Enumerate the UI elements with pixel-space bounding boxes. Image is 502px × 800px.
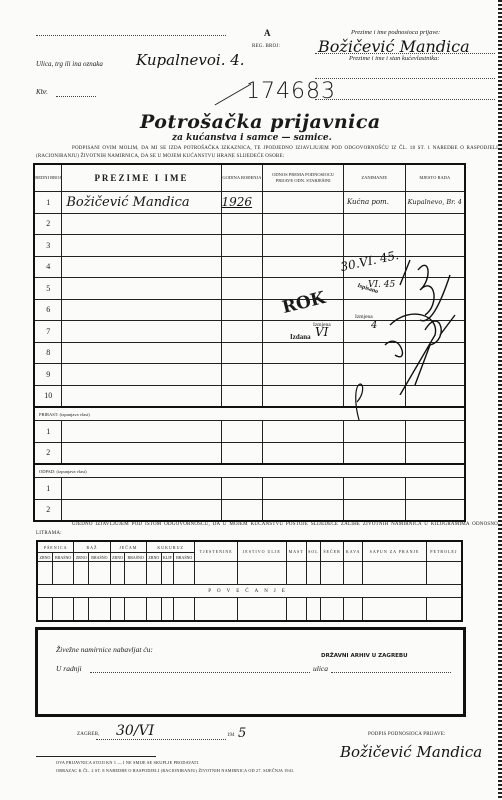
row-workplace [405,213,465,235]
shop-line [90,672,310,673]
stock-subheader: KLIP [161,553,173,562]
row-no: 6 [34,299,62,321]
footer-city: ZAGREB, [77,732,100,737]
table-row: 1 Božičević Mandica 1926 Kućna pom. Kupa… [34,192,465,214]
applicant-line [315,53,495,54]
stock-header-secer: ŠEĆER [321,541,344,562]
row-year [221,235,263,257]
col-header-workplace: MJESTO RADA [405,164,465,192]
row-relation [263,364,344,386]
box-street-line [331,672,451,673]
row-name [62,278,221,300]
increase-label: POVEĆANJE [37,585,462,598]
row-name [62,299,221,321]
row-workplace: Kupalnevo, Br. 4 [405,192,465,214]
row-year [221,278,263,300]
stock-header-mast: MAST [286,541,306,562]
footer-year: 5 [238,726,246,741]
stock-header-sapun: SAPUN ZA PRANJE [363,541,426,562]
row-occupation: Kućna pom. [343,192,405,214]
row-relation [263,213,344,235]
stamp-izdana: Izdana [290,333,311,341]
supply-box: Živežne namirnice nabavljat ću: DRŽAVNI … [35,627,466,717]
row-no: 2 [34,499,62,521]
loop-mark-icon [352,382,366,422]
footer-date: 30/VI [116,723,154,739]
form-subtitle: za kućanstva i samce — samice. [172,133,332,143]
row-year [221,385,263,407]
date-line [96,739,226,740]
row-relation [263,235,344,257]
col-header-year: GODINA ROĐENJA [221,164,263,192]
col-header-no: REDNI BROJ [34,164,62,192]
odpad-section: ODPAD: (izpunjava vlast) [34,464,465,478]
stock-header-petrolej: PETROLEJ [426,541,462,562]
col-header-relation: ODNOS PREMA PODNOSIOCU PRIJAVE ODN. STAR… [263,164,344,192]
shop-label: U radnji [56,664,82,673]
footer-note-2: OBRAZAC K ČL. 2 ST. 8 NAREDBE O RASPODJE… [56,768,295,773]
prirast-section: PRIRAST: (izpunjava vlast) [34,407,465,421]
owner-line [315,78,495,79]
stock-subheader: BRAŠNO [125,553,146,562]
handwritten-vi: VI [315,325,328,339]
stock-header-sol: SOL [306,541,320,562]
row-no: 10 [34,385,62,407]
stock-subheader: ZRNO [110,553,125,562]
handwritten-4: 4 [371,320,377,331]
signature-label: PODPIS PODNOSIOCA PRIJAVE: [368,732,446,737]
row-no: 1 [34,421,62,443]
intro-text: PODPISANI OVIM MOLIM, DA MI SE IZDA POTR… [36,145,498,161]
footer-note-1: OVA PRIJAVNICA STOJI KN 1 — I NE SMIJE S… [56,760,199,765]
street-value: Kupalnevoi. 4. [136,51,245,69]
col-header-occupation: ZANIMANJE [343,164,405,192]
stock-header-psenica: PŠENICA [37,541,74,553]
row-year [221,321,263,343]
stock-subheader: BRAŠNO [52,553,73,562]
odpad-label: ODPAD: (izpunjava vlast) [34,464,465,478]
page-edge [498,0,502,800]
row-no: 2 [34,213,62,235]
row-no: 9 [34,364,62,386]
row-occupation [343,213,405,235]
header-line-left [36,35,226,36]
owner-label: Prezime i ime i stan kućevlastnika: [349,55,440,62]
applicant-label: Prezime i ime podnosioca prijave: [351,29,440,36]
row-year: 1926 [221,192,263,214]
row-year [221,342,263,364]
stock-header-kukuruz: KUKURUZ [146,541,195,553]
row-year [221,213,263,235]
row-relation [263,385,344,407]
supply-label: Živežne namirnice nabavljat ću: [56,645,153,654]
row-no: 7 [34,321,62,343]
stock-text: UJEDNO IZJAVLJUJEM POD ISTOM ODGOVORNOŠĆ… [36,520,498,538]
reg-label: REG. BROJ: [252,44,280,49]
row-relation [263,342,344,364]
stock-subheader: ZRNO [37,553,52,562]
col-header-name: PREZIME I IME [62,164,221,192]
stock-header-kava: KAVA [344,541,363,562]
row-name [62,235,221,257]
row-name [62,385,221,407]
row-relation [263,256,344,278]
row-no: 1 [34,192,62,214]
archive-stamp: DRŽAVNI ARHIV U ZAGREBU [321,653,408,659]
row-name [62,342,221,364]
row-name [62,364,221,386]
signature-scribble-icon [380,245,470,395]
stock-increase-row [37,598,462,622]
row-no: 1 [34,478,62,500]
applicant-signature: Božičević Mandica [340,743,482,761]
row-name [62,213,221,235]
stock-header-jecam: JEČAM [110,541,146,553]
table-row: 2 [34,499,465,521]
street-label: Ulica, trg ili ina oznaka [36,60,103,68]
form-title: Potrošačka prijavnica [140,111,381,133]
row-no: 5 [34,278,62,300]
footer-rule [36,756,156,757]
table-row: 2 [34,442,465,464]
stock-subheader: ZRNO [74,553,89,562]
stock-table: PŠENICA RAŽ JEČAM KUKURUZ TJESTENINE JES… [36,540,463,622]
row-name [62,256,221,278]
stock-header-raz: RAŽ [74,541,110,553]
stock-header-tjestenine: TJESTENINE [195,541,237,562]
stock-subheader: ZRNO [146,553,161,562]
header-line-right [315,99,495,100]
row-no: 2 [34,442,62,464]
row-year [221,256,263,278]
stock-header-ulje: JESTIVO ULJE [237,541,286,562]
stock-subheader: BRAŠNO [173,553,194,562]
row-name [62,321,221,343]
table-row: 1 [34,478,465,500]
stock-values-row [37,562,462,585]
form-letter: A [264,28,271,38]
table-row: 2 [34,213,465,235]
box-street-label: ulica [313,664,328,673]
row-no: 4 [34,256,62,278]
row-relation [263,192,344,214]
row-year [221,299,263,321]
prirast-label: PRIRAST: (izpunjava vlast) [34,407,465,421]
row-no: 3 [34,235,62,257]
row-name: Božičević Mandica [62,192,221,214]
kbr-label: Kbr. [36,88,48,96]
row-year [221,364,263,386]
kbr-line [56,96,96,97]
table-row: 1 [34,421,465,443]
reg-number: 174683 [246,79,336,104]
footer-year-prefix: 194 [227,733,235,738]
row-no: 8 [34,342,62,364]
stock-subheader: BRAŠNO [89,553,110,562]
